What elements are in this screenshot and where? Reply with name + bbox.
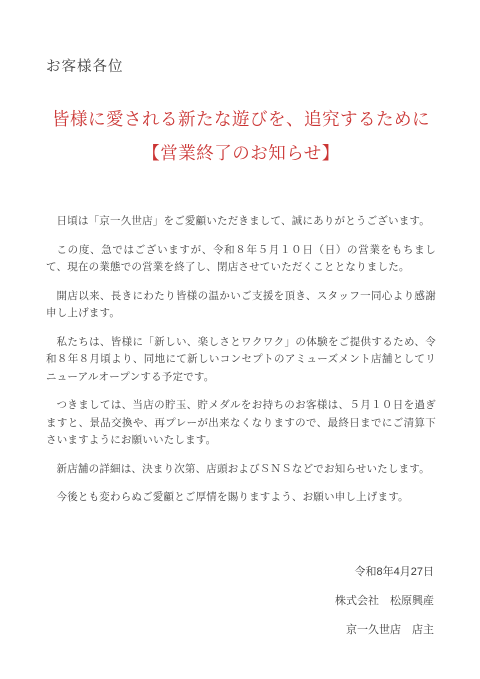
- notice-paragraph: 新店舗の詳細は、決まり次第、店頭およびＳＮＳなどでお知らせいたします。: [46, 461, 436, 479]
- signature-block: 令和8年4月27日 株式会社 松原興産 京一久世店 店主: [46, 565, 436, 637]
- notice-paragraph: つきましては、当店の貯玉、貯メダルをお持ちのお客様は、５月１０日を過ぎますと、景…: [46, 397, 436, 450]
- heading-title: 【営業終了のお知らせ】: [46, 143, 436, 164]
- notice-body: 日頃は「京一久世店」をご愛顧いただきまして、誠にありがとうございます。 この度、…: [46, 213, 436, 507]
- signature-store: 京一久世店 店主: [46, 623, 434, 637]
- notice-paragraph: この度、急ではございますが、令和８年５月１０日（日）の営業をもちまして、現在の業…: [46, 242, 436, 277]
- notice-paragraph: 今後とも変わらぬご愛顧とご厚情を賜りますよう、お願い申し上げます。: [46, 489, 436, 507]
- notice-document: お客様各位 皆様に愛される新たな遊びを、追究するために 【営業終了のお知らせ】 …: [0, 0, 480, 679]
- notice-paragraph: 開店以来、長きにわたり皆様の温かいご支援を頂き、スタッフ一同心より感謝申し上げま…: [46, 288, 436, 323]
- notice-paragraph: 日頃は「京一久世店」をご愛顧いただきまして、誠にありがとうございます。: [46, 213, 436, 231]
- signature-date: 令和8年4月27日: [46, 565, 434, 579]
- salutation: お客様各位: [46, 58, 436, 76]
- heading-slogan: 皆様に愛される新たな遊びを、追究するために: [46, 109, 436, 130]
- notice-paragraph: 私たちは、皆様に「新しい、楽しさとワクワク」の体験をご提供するため、令和８年８月…: [46, 334, 436, 387]
- notice-heading: 皆様に愛される新たな遊びを、追究するために 【営業終了のお知らせ】: [46, 109, 436, 164]
- signature-company: 株式会社 松原興産: [46, 594, 434, 608]
